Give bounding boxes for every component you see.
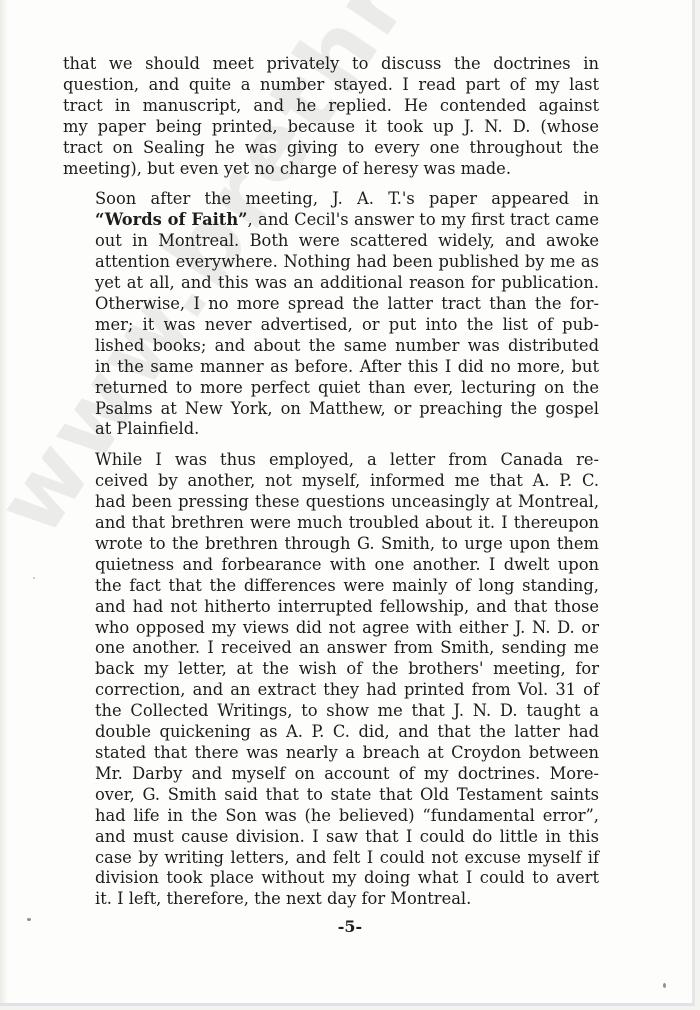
text-line: Soon after the meeting, J. A. T.'s paper…	[63, 189, 599, 210]
text-line: yet at all, and this was an additional r…	[63, 273, 599, 294]
paper-speck	[33, 577, 35, 579]
text-line: had life in the Son was (he believed) “f…	[63, 806, 599, 827]
text-line: tract in manuscript, and he replied. He …	[63, 96, 599, 117]
text-line: and had not hitherto interrupted fellows…	[63, 597, 599, 618]
text-line: the fact that the differences were mainl…	[63, 576, 599, 597]
text-line: question, and quite a number stayed. I r…	[63, 75, 599, 96]
text-line: meeting), but even yet no charge of here…	[63, 159, 599, 180]
text-line: returned to more perfect quiet than ever…	[63, 378, 599, 399]
paragraph-2: Soon after the meeting, J. A. T.'s paper…	[63, 189, 599, 440]
text-line: out in Montreal. Both were scattered wid…	[63, 231, 599, 252]
text-line: one another. I received an answer from S…	[63, 638, 599, 659]
text-line: ceived by another, not myself, informed …	[63, 471, 599, 492]
text-line: in the same manner as before. After this…	[63, 357, 599, 378]
paper-speck	[663, 983, 666, 988]
text-line: at Plainfield.	[63, 419, 599, 440]
text-line: who opposed my views did not agree with …	[63, 618, 599, 639]
text-line: correction, and an extract they had prin…	[63, 680, 599, 701]
text-line: quietness and forbearance with one anoth…	[63, 555, 599, 576]
paragraph-1: that we should meet privately to discuss…	[63, 54, 599, 179]
page-number: -5-	[0, 917, 700, 936]
text-line: While I was thus employed, a letter from…	[63, 450, 599, 471]
text-line: the Collected Writings, to show me that …	[63, 701, 599, 722]
text-line: case by writing letters, and felt I coul…	[63, 848, 599, 869]
text-line: division took place without my doing wha…	[63, 868, 599, 889]
text-line: Psalms at New York, on Matthew, or preac…	[63, 399, 599, 420]
publication-title: “Words of Faith”	[95, 210, 248, 229]
text-line: it. I left, therefore, the next day for …	[63, 889, 599, 910]
paper-speck	[27, 918, 31, 921]
text-line: Mr. Darby and myself on account of my do…	[63, 764, 599, 785]
text-line: and must cause division. I saw that I co…	[63, 827, 599, 848]
text-line: Otherwise, I no more spread the latter t…	[63, 294, 599, 315]
text-line: lished books; and about the same number …	[63, 336, 599, 357]
text-line: mer; it was never advertised, or put int…	[63, 315, 599, 336]
text-line: that we should meet privately to discuss…	[63, 54, 599, 75]
text-line: and that brethren were much troubled abo…	[63, 513, 599, 534]
text-line: my paper being printed, because it took …	[63, 117, 599, 138]
text-line: “Words of Faith”, and Cecil's answer to …	[63, 210, 599, 231]
text-line: back my letter, at the wish of the broth…	[63, 659, 599, 680]
text-line: double quickening as A. P. C. did, and t…	[63, 722, 599, 743]
text-line: stated that there was nearly a breach at…	[63, 743, 599, 764]
text-line: had been pressing these questions unceas…	[63, 492, 599, 513]
text-line: over, G. Smith said that to state that O…	[63, 785, 599, 806]
text-line: tract on Sealing he was giving to every …	[63, 138, 599, 159]
paragraph-3: While I was thus employed, a letter from…	[63, 450, 599, 910]
text-line: wrote to the brethren through G. Smith, …	[63, 534, 599, 555]
body-text: that we should meet privately to discuss…	[63, 54, 599, 910]
page-edge-shadow	[0, 0, 8, 1003]
text-line: attention everywhere. Nothing had been p…	[63, 252, 599, 273]
